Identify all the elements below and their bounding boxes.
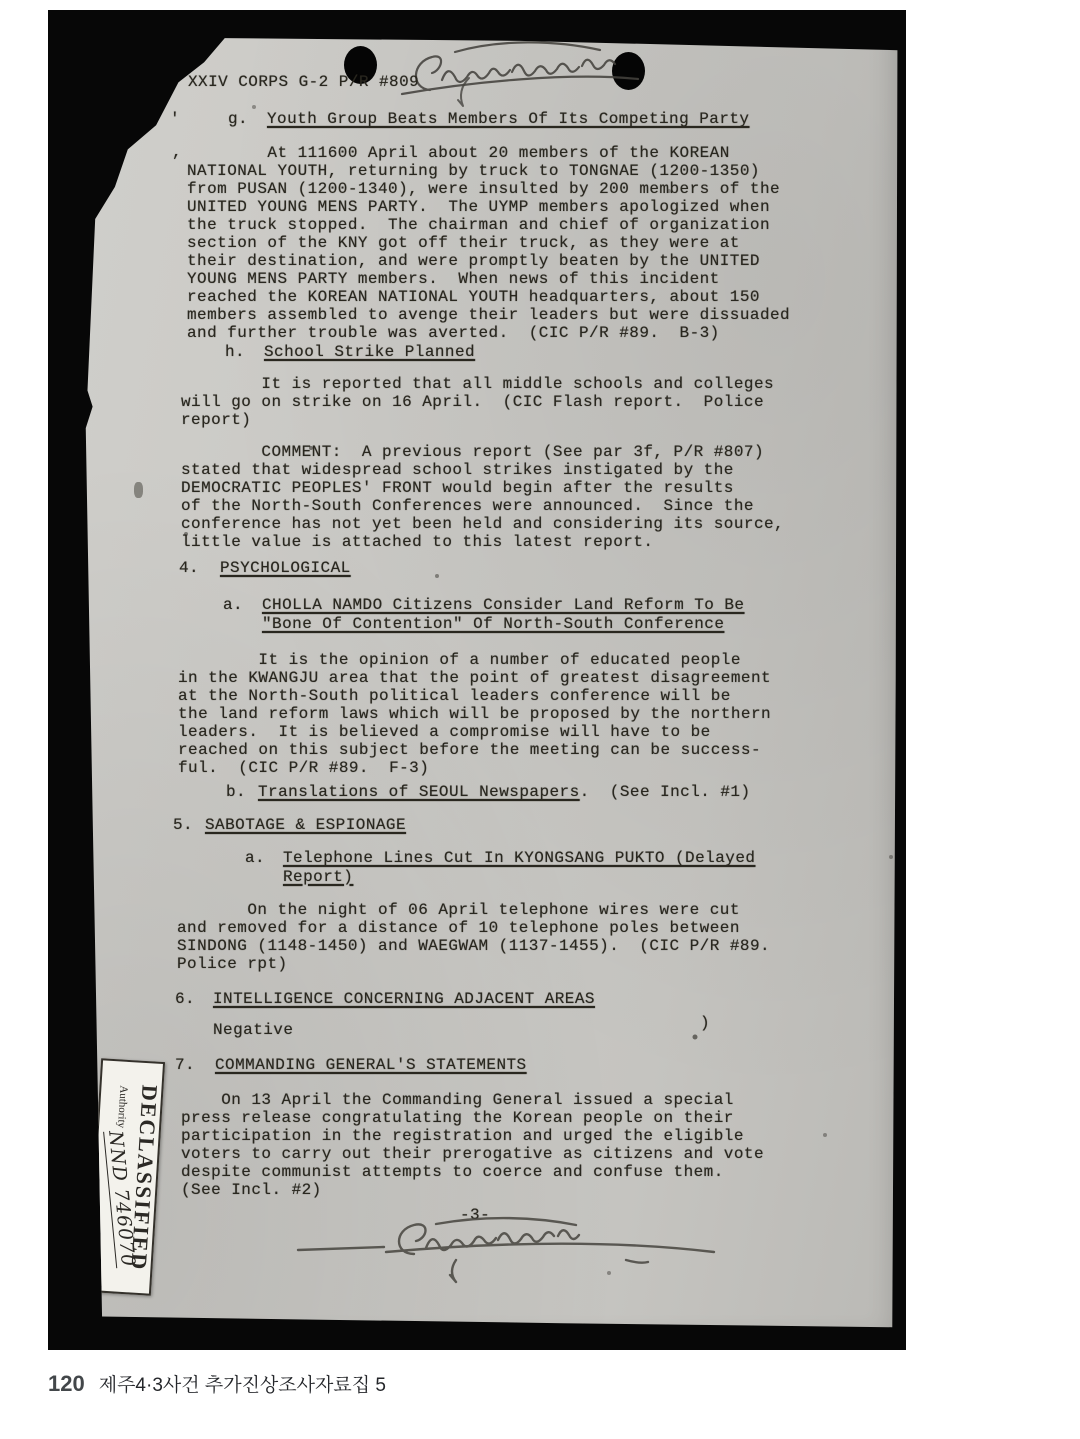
stray-comma-mark: , [172,143,182,161]
stamp-authority-label: Authority [115,1085,130,1128]
section-g-title: Youth Group Beats Members Of Its Competi… [267,110,749,128]
section-4a-paragraph: It is the opinion of a number of educate… [178,651,771,777]
book-title: 제주4·3사건 추가진상조사자료집 5 [99,1370,386,1397]
comment-paragraph: COMMENT: A previous report (See par 3f, … [181,443,784,551]
section-5a-paragraph: On the night of 06 April telephone wires… [177,901,770,973]
section-7-paragraph: On 13 April the Commanding General issue… [181,1091,764,1199]
stray-quote-mark: ' [170,110,180,128]
section-4b-title: Translations of SEOUL Newspapers [258,783,580,801]
section-7-title: COMMANDING GENERAL'S STATEMENTS [215,1056,527,1074]
stray-paren-mark: ) [700,1014,710,1032]
declassified-stamp-text: DECLASSIFIED Authority NND 746070 [89,1060,163,1293]
section-7-label: 7. [175,1056,195,1074]
section-4-title: PSYCHOLOGICAL [220,559,351,577]
section-4a-label: a. [223,596,243,614]
scanned-document-photo: XXIV CORPS G-2 P/R #809 ' , g. Youth Gro… [48,10,906,1350]
section-4-label: 4. [179,559,199,577]
section-5a-title: Telephone Lines Cut In KYONGSANG PUKTO (… [283,849,755,886]
section-h-label: h. [225,343,245,361]
confidential-handwriting-top [400,32,640,112]
section-5a-label: a. [245,849,265,867]
section-g-paragraph: At 111600 April about 20 members of the … [187,144,790,342]
edge-smudge [134,482,143,498]
scanned-paper: XXIV CORPS G-2 P/R #809 ' , g. Youth Gro… [48,10,906,1350]
section-g-label: g. [228,110,248,128]
section-h-title: School Strike Planned [264,343,475,361]
book-caption: 120 제주4·3사건 추가진상조사자료집 5 [48,1370,386,1397]
paper-specks [48,10,50,12]
section-5-title: SABOTAGE & ESPIONAGE [205,816,406,834]
section-6-label: 6. [175,990,195,1008]
section-6-title: INTELLIGENCE CONCERNING ADJACENT AREAS [213,990,595,1008]
book-page: { "book_page": { "page_number": "120", "… [0,0,1080,1439]
section-4b-rest: . (See Incl. #1) [580,783,751,801]
section-5-label: 5. [173,816,193,834]
section-4a-title: CHOLLA NAMDO Citizens Consider Land Refo… [262,596,744,633]
pen-tick [453,76,477,110]
section-4b-line: Translations of SEOUL Newspapers. (See I… [258,783,751,801]
section-4b-label: b. [226,783,246,801]
section-h-paragraph: It is reported that all middle schools a… [181,375,774,429]
letterhead-line: XXIV CORPS G-2 P/R #809 [188,73,419,91]
book-page-number: 120 [48,1371,85,1397]
declassified-stamp: DECLASSIFIED Authority NND 746070 [87,1058,165,1295]
section-6-body: Negative [213,1021,293,1039]
confidential-handwriting-bottom [296,1212,716,1287]
